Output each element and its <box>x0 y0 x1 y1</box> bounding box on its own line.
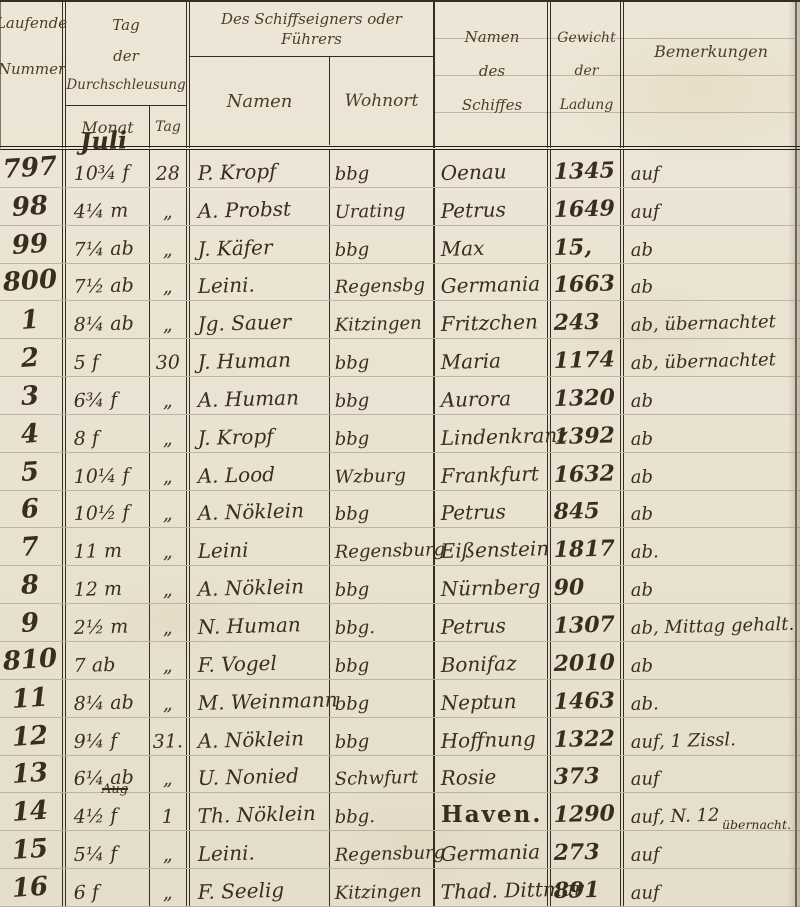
bemerkung-value: ab <box>630 504 653 526</box>
cell-schiffsname: Germania <box>435 831 551 868</box>
schiffsname-value: Frankfurt <box>440 461 539 488</box>
schiffsname-value: Fritzchen <box>440 310 538 337</box>
cell-tag: „ <box>150 491 190 528</box>
bemerkung-value: ab <box>630 390 653 412</box>
tag-value: „ <box>163 390 173 412</box>
ledger-row: 98 4¼ m „ A. Probst Urating Petrus 1649 … <box>0 188 800 226</box>
header-label: der <box>113 47 139 65</box>
cell-tag: „ <box>150 301 190 338</box>
cell-laufende-nummer: 3 <box>0 377 66 414</box>
cell-laufende-nummer: 810 <box>0 642 66 679</box>
header-label: des <box>479 62 505 80</box>
gewicht-value: 1463 <box>553 687 615 715</box>
cell-wohnort: bbg <box>330 339 435 376</box>
cell-bemerkung: ab <box>624 226 800 263</box>
schiffer-name-value: F. Seelig <box>197 878 284 904</box>
cell-schiffsname: Germania <box>435 264 551 301</box>
cell-schiffsname: Bonifaz <box>435 642 551 679</box>
gewicht-value: 891 <box>553 877 600 904</box>
cell-schiffsname: Maria <box>435 339 551 376</box>
tag-value: „ <box>163 768 173 790</box>
ledger-row: 15 5¼ f „ Leini. Regensburg Germania 273… <box>0 831 800 869</box>
laufende-nummer-value: 98 <box>11 190 49 222</box>
cell-wohnort: bbg <box>330 566 435 603</box>
cell-laufende-nummer: 13 <box>0 756 66 793</box>
gewicht-value: 273 <box>553 839 600 866</box>
laufende-nummer-value: 3 <box>20 381 40 412</box>
cell-wohnort: Kitzingen <box>330 301 435 338</box>
cell-schiffsname: Rosie <box>435 756 551 793</box>
cell-tag: 1 <box>150 793 190 830</box>
gewicht-value: 1345 <box>553 157 615 185</box>
uhrzeit-value: 7 ab <box>73 654 115 677</box>
schiffsname-value: Petrus <box>440 197 506 223</box>
schiffer-name-value: N. Human <box>197 612 301 639</box>
laufende-nummer-value: 4 <box>20 419 40 450</box>
cell-bemerkung: auf, N. 12 übernacht. <box>624 793 800 830</box>
cell-schiffsname: Eißenstein <box>435 528 551 565</box>
cell-schiffsname: Hoffnung <box>435 718 551 755</box>
uhrzeit-value: 5¼ f <box>73 843 117 866</box>
bemerkung-value: auf <box>630 769 660 791</box>
wohnort-value: bbg <box>334 504 369 526</box>
bemerkung-value: auf <box>630 163 660 185</box>
tag-value: „ <box>163 579 173 601</box>
ledger-row: 99 7¼ ab „ J. Käfer bbg Max 15, ab <box>0 226 800 264</box>
cell-schiffer-name: M. Weinmann <box>190 680 330 717</box>
wohnort-value: Urating <box>334 200 405 223</box>
cell-gewicht: 1320 <box>551 377 624 414</box>
ledger-row: 797 10¾ f 28 P. Kropf bbg Oenau 1345 auf <box>0 150 800 188</box>
cell-schiffer-name: A. Nöklein <box>190 718 330 755</box>
schiffsname-value: Germania <box>440 272 540 299</box>
uhrzeit-value: 12 m <box>73 578 122 601</box>
cell-uhrzeit: 10¼ f <box>66 453 150 490</box>
cell-gewicht: 243 <box>551 301 624 338</box>
cell-uhrzeit: 7 ab <box>66 642 150 679</box>
bemerkung-value: auf <box>630 844 660 866</box>
laufende-nummer-value: 14 <box>11 796 49 828</box>
cell-schiffer-name: A. Nöklein <box>190 491 330 528</box>
schiffer-name-value: M. Weinmann <box>197 687 337 715</box>
wohnort-value: bbg <box>334 655 369 677</box>
cell-laufende-nummer: 6 <box>0 491 66 528</box>
tag-value: 28 <box>155 162 180 185</box>
cell-uhrzeit: 5¼ f <box>66 831 150 868</box>
cell-schiffer-name: A. Probst <box>190 188 330 225</box>
wohnort-value: Regensbg <box>334 275 425 298</box>
cell-uhrzeit: 4½ f Aug <box>66 793 150 830</box>
cell-gewicht: 1663 <box>551 264 624 301</box>
cell-uhrzeit: 11 m <box>66 528 150 565</box>
wohnort-value: bbg <box>334 428 369 450</box>
cell-laufende-nummer: 99 <box>0 226 66 263</box>
cell-schiffsname: Haven. <box>435 793 551 830</box>
cell-laufende-nummer: 4 <box>0 415 66 452</box>
ledger-row: 11 8¼ ab „ M. Weinmann bbg Neptun 1463 a… <box>0 680 800 718</box>
wohnort-value: bbg <box>334 163 369 185</box>
cell-gewicht: 1392 <box>551 415 624 452</box>
cell-bemerkung: auf <box>624 756 800 793</box>
bemerkung-value: ab. <box>630 542 659 564</box>
cell-schiffsname: Petrus <box>435 604 551 641</box>
laufende-nummer-value: 6 <box>20 494 40 525</box>
cell-bemerkung: ab <box>624 491 800 528</box>
wohnort-value: Regensburg <box>334 842 445 866</box>
tag-value: „ <box>163 276 173 298</box>
cell-schiffer-name: Th. Nöklein <box>190 793 330 830</box>
tag-value: „ <box>163 541 173 563</box>
bemerkung-value: ab, übernachtet <box>630 311 776 336</box>
wohnort-value: bbg <box>334 390 369 412</box>
cell-gewicht: 273 <box>551 831 624 868</box>
ledger-row: 800 7½ ab „ Leini. Regensbg Germania 166… <box>0 264 800 302</box>
laufende-nummer-value: 13 <box>11 758 49 790</box>
header-label: der <box>575 63 599 79</box>
cell-bemerkung: auf, 1 Zissl. <box>624 718 800 755</box>
cell-bemerkung: ab, übernachtet <box>624 339 800 376</box>
cell-bemerkung: auf <box>624 150 800 187</box>
cell-tag: „ <box>150 680 190 717</box>
laufende-nummer-value: 16 <box>11 871 49 903</box>
ledger-row: 4 8 f „ J. Kropf bbg Lindenkranz 1392 ab <box>0 415 800 453</box>
bemerkung-value: ab <box>630 655 653 677</box>
cell-bemerkung: ab, übernachtet <box>624 301 800 338</box>
cell-schiffsname: Oenau <box>435 150 551 187</box>
cell-wohnort: bbg <box>330 718 435 755</box>
cell-laufende-nummer: 5 <box>0 453 66 490</box>
ledger-body: 797 10¾ f 28 P. Kropf bbg Oenau 1345 auf… <box>0 146 800 907</box>
cell-wohnort: Wzburg <box>330 453 435 490</box>
gewicht-value: 1649 <box>553 195 615 223</box>
tag-value: „ <box>163 238 173 260</box>
cell-uhrzeit: 4¼ m <box>66 188 150 225</box>
cell-gewicht: 1290 <box>551 793 624 830</box>
ledger-row: 810 7 ab „ F. Vogel bbg Bonifaz 2010 ab <box>0 642 800 680</box>
gewicht-value: 373 <box>553 763 600 790</box>
cell-wohnort: bbg <box>330 491 435 528</box>
schiffer-name-value: Th. Nöklein <box>197 801 316 828</box>
cell-uhrzeit: 8¼ ab <box>66 680 150 717</box>
gewicht-value: 1632 <box>553 460 615 488</box>
cell-schiffer-name: Jg. Sauer <box>190 301 330 338</box>
gewicht-value: 845 <box>553 498 600 525</box>
cell-wohnort: bbg. <box>330 793 435 830</box>
schiffsname-value: Rosie <box>440 765 496 790</box>
cell-uhrzeit: 12 m <box>66 566 150 603</box>
header-label: Tag <box>112 16 139 34</box>
cell-tag: „ <box>150 453 190 490</box>
header-label: Nummer <box>0 60 65 78</box>
cell-bemerkung: ab <box>624 566 800 603</box>
cell-gewicht: 1649 <box>551 188 624 225</box>
cell-uhrzeit: 9¼ f <box>66 718 150 755</box>
cell-uhrzeit: 2½ m <box>66 604 150 641</box>
cell-tag: „ <box>150 869 190 906</box>
gewicht-value: 1320 <box>553 384 615 412</box>
laufende-nummer-value: 7 <box>20 532 40 563</box>
cell-tag: „ <box>150 415 190 452</box>
schiffsname-value: Neptun <box>440 689 517 715</box>
cell-tag: „ <box>150 264 190 301</box>
cell-schiffsname: Fritzchen <box>435 301 551 338</box>
tag-value: „ <box>163 844 173 866</box>
schiffer-name-value: F. Vogel <box>197 651 277 677</box>
cell-wohnort: Regensbg <box>330 264 435 301</box>
cell-tag: „ <box>150 642 190 679</box>
cell-gewicht: 1632 <box>551 453 624 490</box>
bemerkung-value: ab <box>630 277 653 299</box>
uhrzeit-value: 10¾ f <box>73 161 129 184</box>
header-label: Bemerkungen <box>654 42 768 148</box>
bemerkung-value: ab <box>630 428 653 450</box>
ledger-row: 7 11 m „ Leini Regensburg Eißenstein 181… <box>0 528 800 566</box>
cell-gewicht: 15, <box>551 226 624 263</box>
cell-bemerkung: auf <box>624 869 800 906</box>
cell-gewicht: 1463 <box>551 680 624 717</box>
header-label: Des Schiffseigners oder <box>221 10 402 28</box>
uhrzeit-value: 6 f <box>73 881 99 904</box>
ledger-row: 14 4½ f Aug 1 Th. Nöklein bbg. Haven. 12… <box>0 793 800 831</box>
bemerkung-value: auf <box>630 882 660 904</box>
schiffer-name-value: J. Kropf <box>197 424 274 450</box>
schiffer-name-value: A. Probst <box>197 196 291 222</box>
header-label: Laufende <box>0 14 67 32</box>
wohnort-value: Regensburg <box>334 539 445 563</box>
laufende-nummer-value: 8 <box>20 570 40 601</box>
schiffer-name-value: P. Kropf <box>197 159 276 185</box>
schiffsname-value: Eißenstein <box>440 536 549 563</box>
schiffsname-value: Nürnberg <box>440 575 540 602</box>
wohnort-value: bbg <box>334 352 369 374</box>
gewicht-value: 1663 <box>553 271 615 299</box>
uhrzeit-value: 10¼ f <box>73 464 129 487</box>
cell-gewicht: 1345 <box>551 150 624 187</box>
header-label: Führers <box>281 30 342 48</box>
tag-value: „ <box>163 503 173 525</box>
cell-tag: 28 <box>150 150 190 187</box>
laufende-nummer-value: 12 <box>11 720 49 752</box>
tag-value: 1 <box>161 806 174 828</box>
gewicht-value: 2010 <box>553 649 615 677</box>
uhrzeit-value: 5 f <box>73 351 99 374</box>
schiffer-name-value: J. Käfer <box>197 235 272 261</box>
uhrzeit-value: 8¼ ab <box>73 313 134 337</box>
tag-value: „ <box>163 882 173 904</box>
wohnort-value: bbg <box>334 239 369 261</box>
cell-laufende-nummer: 9 <box>0 604 66 641</box>
tag-value: 30 <box>155 351 180 374</box>
cell-bemerkung: ab <box>624 642 800 679</box>
cell-schiffsname: Frankfurt <box>435 453 551 490</box>
cell-schiffer-name: U. Nonied <box>190 756 330 793</box>
schiffsname-value: Bonifaz <box>440 651 516 677</box>
schiffsname-value: Hoffnung <box>440 726 536 752</box>
cell-laufende-nummer: 98 <box>0 188 66 225</box>
header-label: Gewicht <box>557 30 615 46</box>
bemerkung-value: auf, 1 Zissl. <box>630 729 736 753</box>
cell-wohnort: bbg <box>330 226 435 263</box>
header-schiffsname: Namen des Schiffes <box>437 2 551 148</box>
bemerkung-value: ab <box>630 580 653 602</box>
cell-wohnort: Schwfurt <box>330 756 435 793</box>
cell-schiffer-name: Leini. <box>190 831 330 868</box>
cell-tag: „ <box>150 377 190 414</box>
cell-uhrzeit: 6¾ f <box>66 377 150 414</box>
cell-bemerkung: auf <box>624 188 800 225</box>
cell-laufende-nummer: 15 <box>0 831 66 868</box>
cell-gewicht: 373 <box>551 756 624 793</box>
cell-schiffsname: Lindenkranz <box>435 415 551 452</box>
cell-gewicht: 1322 <box>551 718 624 755</box>
laufende-nummer-value: 810 <box>2 643 58 677</box>
cell-schiffer-name: A. Nöklein <box>190 566 330 603</box>
cell-tag: „ <box>150 528 190 565</box>
schiffer-name-value: Jg. Sauer <box>197 310 291 336</box>
header-subrow: Namen Wohnort <box>190 57 433 145</box>
month-annotation: Juli <box>80 125 128 156</box>
cell-uhrzeit: 5 f <box>66 339 150 376</box>
cell-wohnort: Urating <box>330 188 435 225</box>
cell-gewicht: 845 <box>551 491 624 528</box>
uhrzeit-value: 2½ m <box>73 616 128 639</box>
cell-wohnort: bbg <box>330 642 435 679</box>
uhrzeit-value: 7¼ ab <box>73 237 134 261</box>
cell-wohnort: Regensburg <box>330 831 435 868</box>
tag-value: 31. <box>152 730 183 753</box>
cell-wohnort: bbg <box>330 377 435 414</box>
schiffsname-value: Lindenkranz <box>440 422 568 449</box>
schiffer-name-value: A. Human <box>197 385 299 412</box>
cell-tag: „ <box>150 226 190 263</box>
ledger-row: 2 5 f 30 J. Human bbg Maria 1174 ab, übe… <box>0 339 800 377</box>
laufende-nummer-value: 11 <box>11 682 49 714</box>
cell-schiffsname: Max <box>435 226 551 263</box>
ledger-row: 9 2½ m „ N. Human bbg. Petrus 1307 ab, M… <box>0 604 800 642</box>
header-label: Ladung <box>560 97 614 113</box>
uhrzeit-value: 4¼ m <box>73 199 128 222</box>
tag-value: „ <box>163 692 173 714</box>
header-schiffseigner: Des Schiffseigners oder Führers Namen Wo… <box>190 2 435 148</box>
bemerkung-zusatz: übernacht. <box>722 817 791 832</box>
schiffsname-value: Aurora <box>440 386 511 412</box>
cell-tag: „ <box>150 756 190 793</box>
bemerkung-value: ab, Mittag gehalt. <box>630 614 794 639</box>
cell-tag: „ <box>150 604 190 641</box>
monat-korrektur-durchgestrichen: Aug <box>102 782 128 797</box>
cell-bemerkung: ab <box>624 264 800 301</box>
schiffsname-value: Germania <box>440 839 540 866</box>
cell-schiffsname: Thad. Dittmar <box>435 869 551 906</box>
cell-bemerkung: auf <box>624 831 800 868</box>
cell-bemerkung: ab. <box>624 680 800 717</box>
cell-bemerkung: ab <box>624 453 800 490</box>
ledger-row: 8 12 m „ A. Nöklein bbg Nürnberg 90 ab <box>0 566 800 604</box>
laufende-nummer-value: 800 <box>2 265 58 299</box>
ledger-row: 16 6 f „ F. Seelig Kitzingen Thad. Dittm… <box>0 869 800 907</box>
cell-gewicht: 891 <box>551 869 624 906</box>
ledger-row: 5 10¼ f „ A. Lood Wzburg Frankfurt 1632 … <box>0 453 800 491</box>
schiffsname-value: Petrus <box>440 613 506 639</box>
cell-wohnort: bbg. <box>330 604 435 641</box>
header-namen: Namen <box>190 57 330 145</box>
ledger-page: Laufende Nummer Tag der Durchschleusung … <box>0 0 800 907</box>
cell-bemerkung: ab <box>624 415 800 452</box>
wohnort-value: bbg. <box>334 617 375 639</box>
gewicht-value: 1307 <box>553 611 615 639</box>
schiffer-name-value: Leini <box>197 538 248 563</box>
cell-laufende-nummer: 8 <box>0 566 66 603</box>
cell-schiffer-name: J. Human <box>190 339 330 376</box>
cell-gewicht: 90 <box>551 566 624 603</box>
cell-schiffer-name: F. Vogel <box>190 642 330 679</box>
laufende-nummer-value: 2 <box>20 343 40 374</box>
laufende-nummer-value: 9 <box>20 608 40 639</box>
wohnort-value: Kitzingen <box>334 313 422 336</box>
wohnort-value: Kitzingen <box>334 881 422 904</box>
cell-gewicht: 2010 <box>551 642 624 679</box>
gewicht-value: 243 <box>553 309 600 336</box>
cell-wohnort: bbg <box>330 415 435 452</box>
wohnort-value: Wzburg <box>334 465 406 488</box>
cell-schiffer-name: Leini. <box>190 264 330 301</box>
header-bemerkungen: Bemerkungen <box>626 2 796 148</box>
cell-laufende-nummer: 11 <box>0 680 66 717</box>
cell-laufende-nummer: 14 <box>0 793 66 830</box>
cell-schiffsname: Aurora <box>435 377 551 414</box>
cell-gewicht: 1174 <box>551 339 624 376</box>
uhrzeit-value: 7½ ab <box>73 275 134 299</box>
cell-uhrzeit: 7½ ab <box>66 264 150 301</box>
gewicht-value: 1174 <box>553 346 615 374</box>
tag-value: „ <box>163 465 173 487</box>
cell-tag: „ <box>150 188 190 225</box>
uhrzeit-value: 8¼ ab <box>73 691 134 715</box>
bemerkung-value: ab. <box>630 693 659 715</box>
cell-schiffer-name: J. Kropf <box>190 415 330 452</box>
cell-uhrzeit: 10¾ f <box>66 150 150 187</box>
header-title: Des Schiffseigners oder Führers <box>190 2 433 57</box>
gewicht-value: 1392 <box>553 422 615 450</box>
wohnort-value: Schwfurt <box>334 767 418 790</box>
cell-uhrzeit: 8 f <box>66 415 150 452</box>
laufende-nummer-value: 15 <box>11 834 49 866</box>
header-gewicht: Gewicht der Ladung <box>553 2 624 148</box>
uhrzeit-value: 8 f <box>73 427 99 450</box>
schiffer-name-value: A. Nöklein <box>197 499 304 526</box>
cell-bemerkung: ab. <box>624 528 800 565</box>
bemerkung-value: ab, übernachtet <box>630 349 776 374</box>
cell-schiffsname: Nürnberg <box>435 566 551 603</box>
schiffer-name-value: A. Nöklein <box>197 726 304 753</box>
header-wohnort: Wohnort <box>330 57 433 145</box>
cell-laufende-nummer: 797 <box>0 150 66 187</box>
header-label: Durchschleusung <box>66 77 185 93</box>
cell-schiffer-name: P. Kropf <box>190 150 330 187</box>
schiffer-name-value: A. Nöklein <box>197 574 304 601</box>
uhrzeit-value: 10½ f <box>73 502 129 525</box>
cell-schiffsname: Petrus <box>435 188 551 225</box>
cell-gewicht: 1817 <box>551 528 624 565</box>
cell-wohnort: Kitzingen <box>330 869 435 906</box>
header-label: Schiffes <box>462 96 522 114</box>
cell-wohnort: Regensburg <box>330 528 435 565</box>
cell-schiffer-name: N. Human <box>190 604 330 641</box>
uhrzeit-value: 9¼ f <box>73 729 117 752</box>
wohnort-value: bbg <box>334 731 369 753</box>
cell-schiffer-name: A. Human <box>190 377 330 414</box>
cell-wohnort: bbg <box>330 680 435 717</box>
